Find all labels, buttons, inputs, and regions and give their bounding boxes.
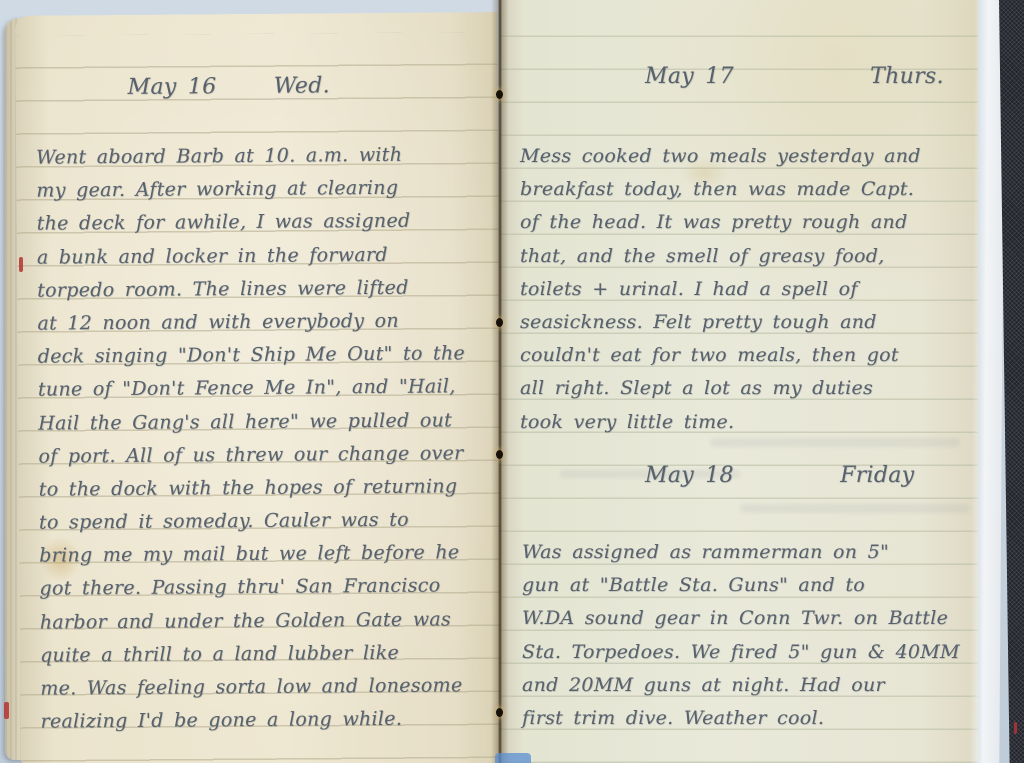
- red-mark: [19, 257, 23, 272]
- blue-object-edge: [495, 753, 531, 763]
- entry-header-may16: May 16 Wed.: [127, 73, 329, 100]
- diary-line: W.DA sound gear in Conn Twr. on Battle: [522, 602, 974, 635]
- stitch-hole: [496, 90, 503, 99]
- binding-gutter: [491, 0, 509, 763]
- diary-line: to spend it someday. Cauler was to: [39, 503, 497, 540]
- entry-day: Wed.: [274, 73, 330, 98]
- ghost-writing: [740, 504, 970, 513]
- diary-line: got there. Passing thru' San Francisco: [39, 569, 497, 606]
- entry-day: Friday: [840, 463, 914, 488]
- stitch-hole: [496, 318, 503, 327]
- diary-line: that, and the smell of greasy food,: [520, 240, 972, 273]
- diary-photo: May 16 Wed. Went aboard Barb at 10. a.m.…: [0, 0, 1024, 763]
- diary-line: harbor and under the Golden Gate was: [40, 603, 498, 640]
- diary-line: my gear. After working at clearing: [36, 171, 494, 208]
- entry-date: May 17: [645, 64, 734, 89]
- entry-date: May 18: [645, 463, 734, 488]
- red-mark: [4, 702, 9, 719]
- diary-line: couldn't eat for two meals, then got: [520, 339, 972, 372]
- diary-line: Went aboard Barb at 10. a.m. with: [36, 138, 494, 175]
- diary-line: gun at "Battle Sta. Guns" and to: [522, 569, 974, 602]
- left-page: May 16 Wed. Went aboard Barb at 10. a.m.…: [15, 12, 503, 763]
- diary-line: realizing I'd be gone a long while.: [40, 702, 498, 739]
- diary-line: me. Was feeling sorta low and lonesome: [40, 669, 498, 706]
- diary-line: Was assigned as rammerman on 5": [522, 536, 974, 569]
- stitch-hole: [496, 450, 503, 459]
- diary-line: of the head. It was pretty rough and: [520, 206, 972, 239]
- diary-line: and 20MM guns at night. Had our: [522, 669, 974, 702]
- diary-line: took very little time.: [520, 406, 972, 439]
- diary-line: quite a thrill to a land lubber like: [40, 636, 498, 673]
- diary-line: Sta. Torpedoes. We fired 5" gun & 40MM: [522, 636, 974, 669]
- entry-body-may18: Was assigned as rammerman on 5"gun at "B…: [522, 536, 974, 735]
- diary-line: torpedo room. The lines were lifted: [37, 271, 495, 308]
- entry-body-may16: Went aboard Barb at 10. a.m. withmy gear…: [36, 138, 499, 739]
- diary-line: deck singing "Don't Ship Me Out" to the: [38, 337, 496, 374]
- diary-line: a bunk and locker in the forward: [37, 238, 495, 275]
- diary-line: at 12 noon and with everybody on: [37, 304, 495, 341]
- red-mark: [1014, 722, 1017, 734]
- diary-line: toilets + urinal. I had a spell of: [520, 273, 972, 306]
- entry-date: May 16: [127, 74, 216, 100]
- entry-body-may17: Mess cooked two meals yesterday andbreak…: [520, 140, 972, 439]
- ghost-writing: [710, 438, 960, 447]
- stitch-hole: [496, 708, 503, 717]
- entry-header-may17: May 17 Thurs.: [645, 64, 944, 89]
- diary-line: to the dock with the hopes of returning: [39, 470, 497, 507]
- right-page: May 17 Thurs. Mess cooked two meals yest…: [500, 0, 978, 763]
- diary-line: Hail the Gang's all here" we pulled out: [38, 404, 496, 441]
- fore-edge-highlight: [969, 0, 1004, 763]
- diary-line: first trim dive. Weather cool.: [522, 702, 974, 735]
- entry-day: Thurs.: [870, 64, 944, 89]
- diary-line: bring me my mail but we left before he: [39, 536, 497, 573]
- diary-line: the deck for awhile, I was assigned: [37, 204, 495, 241]
- diary-line: of port. All of us threw our change over: [38, 437, 496, 474]
- entry-header-may18: May 18 Friday: [645, 463, 914, 488]
- diary-line: Mess cooked two meals yesterday and: [520, 140, 972, 173]
- diary-line: breakfast today, then was made Capt.: [520, 173, 972, 206]
- diary-line: tune of "Don't Fence Me In", and "Hail,: [38, 370, 496, 407]
- diary-line: all right. Slept a lot as my duties: [520, 372, 972, 405]
- diary-line: seasickness. Felt pretty tough and: [520, 306, 972, 339]
